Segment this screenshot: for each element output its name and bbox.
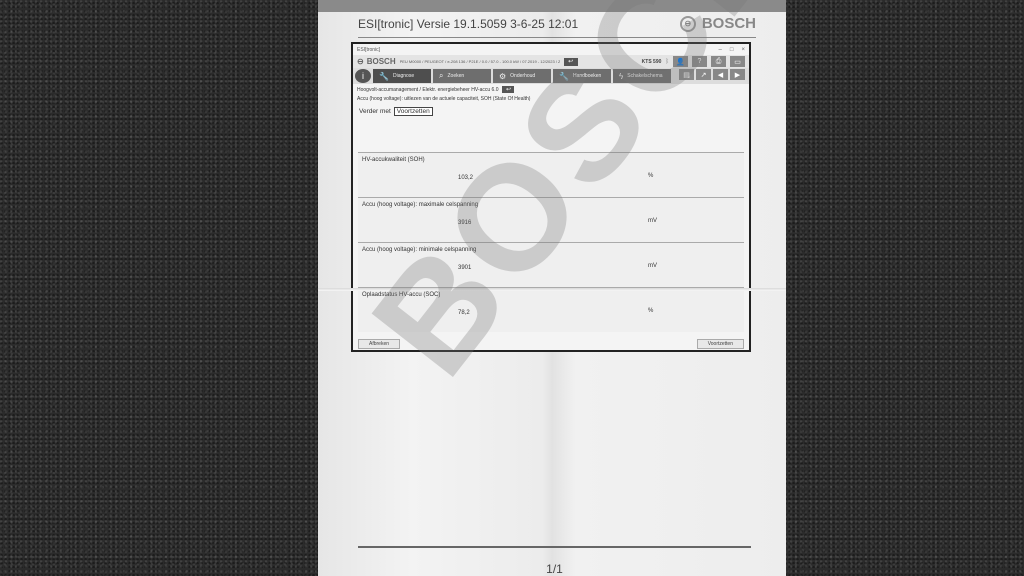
proceed-button-ref: Voortzetten: [394, 107, 433, 116]
page-number: 1/1: [546, 562, 563, 576]
breadcrumb-text: Hoogvolt-accumanagement / Elektr. energi…: [357, 87, 498, 93]
result-row-min-cell-voltage: Accu (hoog voltage): minimale celspannin…: [358, 242, 744, 287]
print-brand-name: BOSCH: [702, 15, 756, 32]
result-label: Accu (hoog voltage): minimale celspannin…: [362, 247, 476, 253]
tab-label: Schakelschema: [627, 73, 662, 79]
tab-handboeken[interactable]: 🔧 Handboeken: [553, 69, 611, 83]
screen-button[interactable]: ▭: [730, 56, 745, 67]
main-nav: i 🔧 Diagnose ⌕ Zoeken ⚙ Onderhoud 🔧 Hand…: [353, 68, 749, 84]
dialog-footer: Afbreken Voortzetten: [358, 339, 744, 349]
paper-fold: [318, 288, 786, 291]
result-label: HV-accukwaliteit (SOH): [362, 157, 425, 163]
result-unit: mV: [648, 218, 657, 224]
return-arrow-icon: ↩: [506, 86, 511, 93]
external-link-icon: ↗: [701, 71, 707, 79]
minimize-button[interactable]: –: [719, 47, 722, 53]
vehicle-bar-brand-name: BOSCH: [367, 57, 396, 66]
bosch-logo-icon: ⊖: [680, 16, 696, 32]
result-unit: mV: [648, 263, 657, 269]
print-header: ESI[tronic] Versie 19.1.5059 3-6-25 12:0…: [358, 10, 756, 38]
diagnose-icon: 🔧: [379, 72, 389, 81]
result-row-soc: Oplaadstatus HV-accu (SOC) 78,2 %: [358, 287, 744, 332]
gears-icon: ⚙: [499, 72, 506, 81]
result-unit: %: [648, 308, 653, 314]
result-value: 3916: [458, 220, 471, 226]
window-titlebar: ESI[tronic] – □ ×: [353, 44, 749, 55]
wrench-icon: 🔧: [559, 72, 569, 81]
previous-button[interactable]: ◀: [713, 69, 728, 80]
next-button[interactable]: ▶: [730, 69, 745, 80]
tab-onderhoud[interactable]: ⚙ Onderhoud: [493, 69, 551, 83]
result-label: Accu (hoog voltage): maximale celspannin…: [362, 202, 478, 208]
lightning-icon: ϟ: [619, 72, 623, 81]
result-label: Oplaadstatus HV-accu (SOC): [362, 292, 440, 298]
bosch-logo-icon: ⊖: [357, 57, 364, 66]
cancel-button[interactable]: Afbreken: [358, 339, 400, 349]
vehicle-bar-brand: ⊖ BOSCH: [357, 57, 396, 66]
tab-label: Onderhoud: [510, 73, 535, 79]
result-value: 3901: [458, 265, 471, 271]
external-link-button[interactable]: ↗: [696, 69, 711, 80]
breadcrumb: Hoogvolt-accumanagement / Elektr. energi…: [353, 84, 749, 95]
printed-page: ESI[tronic] Versie 19.1.5059 3-6-25 12:0…: [318, 0, 786, 576]
print-icon: ⎙: [716, 58, 722, 66]
help-icon: ?: [698, 58, 702, 65]
notes-icon: ▤: [683, 71, 690, 79]
arrow-left-icon: ◀: [718, 71, 723, 79]
tab-diagnose[interactable]: 🔧 Diagnose: [373, 69, 431, 83]
window-title: ESI[tronic]: [357, 47, 380, 53]
tab-schakelschema[interactable]: ϟ Schakelschema: [613, 69, 671, 83]
result-unit: %: [648, 173, 653, 179]
screen-icon: ▭: [734, 58, 741, 66]
info-button[interactable]: i: [355, 69, 371, 83]
help-button[interactable]: ?: [692, 56, 707, 67]
arrow-right-icon: ▶: [735, 71, 740, 79]
result-value: 103,2: [458, 175, 473, 181]
page-footer: 1/1: [358, 546, 751, 576]
print-button[interactable]: ⎙: [711, 56, 726, 67]
tab-label: Handboeken: [573, 73, 601, 79]
tab-zoeken[interactable]: ⌕ Zoeken: [433, 69, 491, 83]
device-name: KTS 590: [642, 59, 662, 65]
proceed-text: Verder met: [359, 108, 391, 115]
test-step-title: Accu (hoog voltage): uitlezen van de act…: [353, 95, 749, 103]
maximize-button[interactable]: □: [730, 47, 734, 53]
print-brand: ⊖ BOSCH: [680, 15, 756, 32]
vehicle-back-button[interactable]: ↩: [564, 58, 578, 66]
close-button[interactable]: ×: [741, 47, 745, 53]
bluetooth-icon: ᛒ: [665, 59, 669, 65]
esitronic-window: ESI[tronic] – □ × ⊖ BOSCH PEU M0000 / PE…: [351, 42, 751, 352]
breadcrumb-back-button[interactable]: ↩: [502, 86, 514, 93]
user-icon: 👤: [676, 58, 685, 66]
vehicle-path: PEU M0000 / PEUGEOT / e-208 136 / P21E /…: [400, 59, 560, 64]
vehicle-bar: ⊖ BOSCH PEU M0000 / PEUGEOT / e-208 136 …: [353, 55, 749, 68]
search-icon: ⌕: [439, 71, 443, 81]
return-arrow-icon: ↩: [568, 58, 573, 65]
proceed-instruction: Verder met Voortzetten: [353, 103, 749, 120]
print-app-title: ESI[tronic] Versie 19.1.5059 3-6-25 12:0…: [358, 17, 578, 31]
info-icon: i: [362, 71, 364, 81]
tab-label: Diagnose: [393, 73, 414, 79]
result-row-max-cell-voltage: Accu (hoog voltage): maximale celspannin…: [358, 197, 744, 242]
window-controls: – □ ×: [719, 47, 745, 53]
result-row-soh: HV-accukwaliteit (SOH) 103,2 %: [358, 152, 744, 197]
result-value: 78,2: [458, 310, 470, 316]
continue-button[interactable]: Voortzetten: [697, 339, 744, 349]
results-list: HV-accukwaliteit (SOH) 103,2 % Accu (hoo…: [358, 152, 744, 338]
notes-button[interactable]: ▤: [679, 69, 694, 80]
tab-label: Zoeken: [447, 73, 464, 79]
user-button[interactable]: 👤: [673, 56, 688, 67]
